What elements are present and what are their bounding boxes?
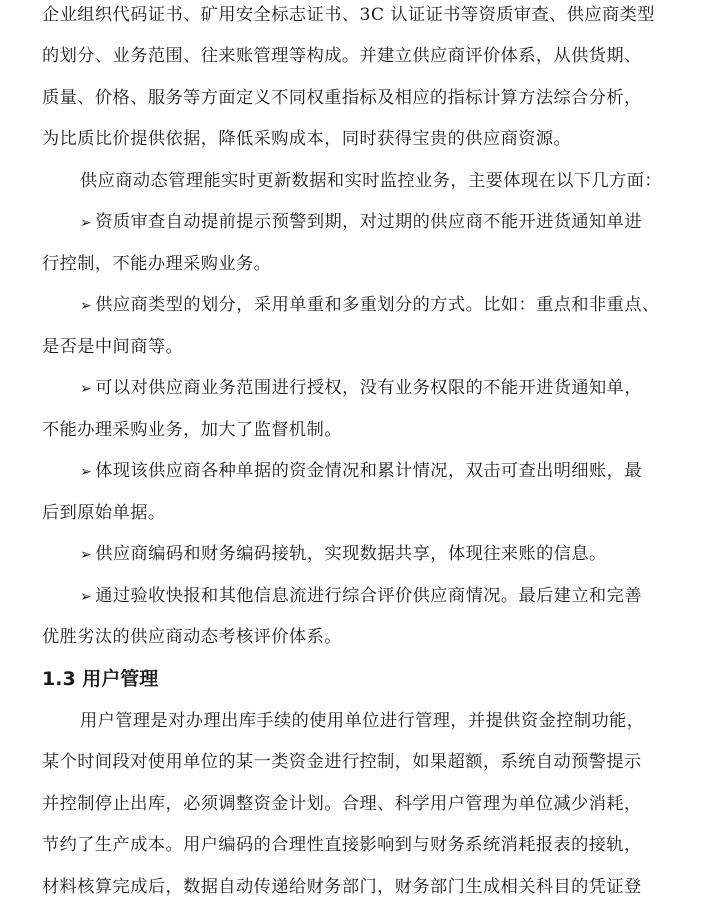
paragraph-line: 某个时间段对使用单位的某一类资金进行控制，如果超额，系统自动预警提示 <box>42 752 687 772</box>
paragraph-line: 节约了生产成本。用户编码的合理性直接影响到与财务系统消耗报表的接轨， <box>42 835 687 855</box>
arrow-bullet-icon: ➢ <box>80 464 92 480</box>
paragraph-line: 用户管理是对办理出库手续的使用单位进行管理，并提供资金控制功能， <box>80 711 687 731</box>
arrow-bullet-icon: ➢ <box>80 215 92 231</box>
bullet-item: ➢供应商编码和财务编码接轨，实现数据共享，体现往来账的信息。 <box>80 544 687 565</box>
paragraph-line: 材料核算完成后，数据自动传递给财务部门，财务部门生成相关科目的凭证登 <box>42 877 687 897</box>
section-heading: 1.3 用户管理 <box>42 668 158 690</box>
paragraph-line: 为比质比价提供依据，降低采购成本，同时获得宝贵的供应商资源。 <box>42 129 687 149</box>
bullet-item: ➢通过验收快报和其他信息流进行综合评价供应商情况。最后建立和完善 <box>80 586 687 607</box>
bullet-text: 通过验收快报和其他信息流进行综合评价供应商情况。最后建立和完善 <box>95 586 642 606</box>
bullet-text: 供应商编码和财务编码接轨，实现数据共享，体现往来账的信息。 <box>95 544 607 564</box>
arrow-bullet-icon: ➢ <box>80 547 92 563</box>
arrow-bullet-icon: ➢ <box>80 381 92 397</box>
bullet-text: 体现该供应商各种单据的资金情况和累计情况，双击可查出明细账，最 <box>95 461 642 481</box>
paragraph-line: 质量、价格、服务等方面定义不同权重指标及相应的指标计算方法综合分析， <box>42 88 687 108</box>
arrow-bullet-icon: ➢ <box>80 589 92 605</box>
arrow-bullet-icon: ➢ <box>80 298 92 314</box>
paragraph-line: 供应商动态管理能实时更新数据和实时监控业务，主要体现在以下几方面： <box>80 171 687 191</box>
bullet-item: ➢可以对供应商业务范围进行授权，没有业务权限的不能开进货通知单， <box>80 378 687 399</box>
bullet-continuation: 优胜劣汰的供应商动态考核评价体系。 <box>42 627 687 647</box>
bullet-item: ➢资质审查自动提前提示预警到期，对过期的供应商不能开进货通知单进 <box>80 212 687 233</box>
bullet-item: ➢体现该供应商各种单据的资金情况和累计情况，双击可查出明细账，最 <box>80 461 687 482</box>
bullet-text: 可以对供应商业务范围进行授权，没有业务权限的不能开进货通知单， <box>95 378 642 398</box>
bullet-text: 资质审查自动提前提示预警到期，对过期的供应商不能开进货通知单进 <box>95 212 642 232</box>
bullet-continuation: 行控制，不能办理采购业务。 <box>42 254 687 274</box>
bullet-continuation: 不能办理采购业务，加大了监督机制。 <box>42 420 687 440</box>
bullet-continuation: 后到原始单据。 <box>42 503 687 523</box>
bullet-continuation: 是否是中间商等。 <box>42 337 687 357</box>
paragraph-line: 企业组织代码证书、矿用安全标志证书、3C 认证证书等资质审查、供应商类型 <box>42 5 687 25</box>
bullet-text: 供应商类型的划分，采用单重和多重划分的方式。比如：重点和非重点、 <box>95 295 659 315</box>
paragraph-line: 并控制停止出库，必须调整资金计划。合理、科学用户管理为单位减少消耗， <box>42 794 687 814</box>
paragraph-line: 的划分、业务范围、往来账管理等构成。并建立供应商评价体系，从供货期、 <box>42 46 687 66</box>
bullet-item: ➢供应商类型的划分，采用单重和多重划分的方式。比如：重点和非重点、 <box>80 295 687 316</box>
